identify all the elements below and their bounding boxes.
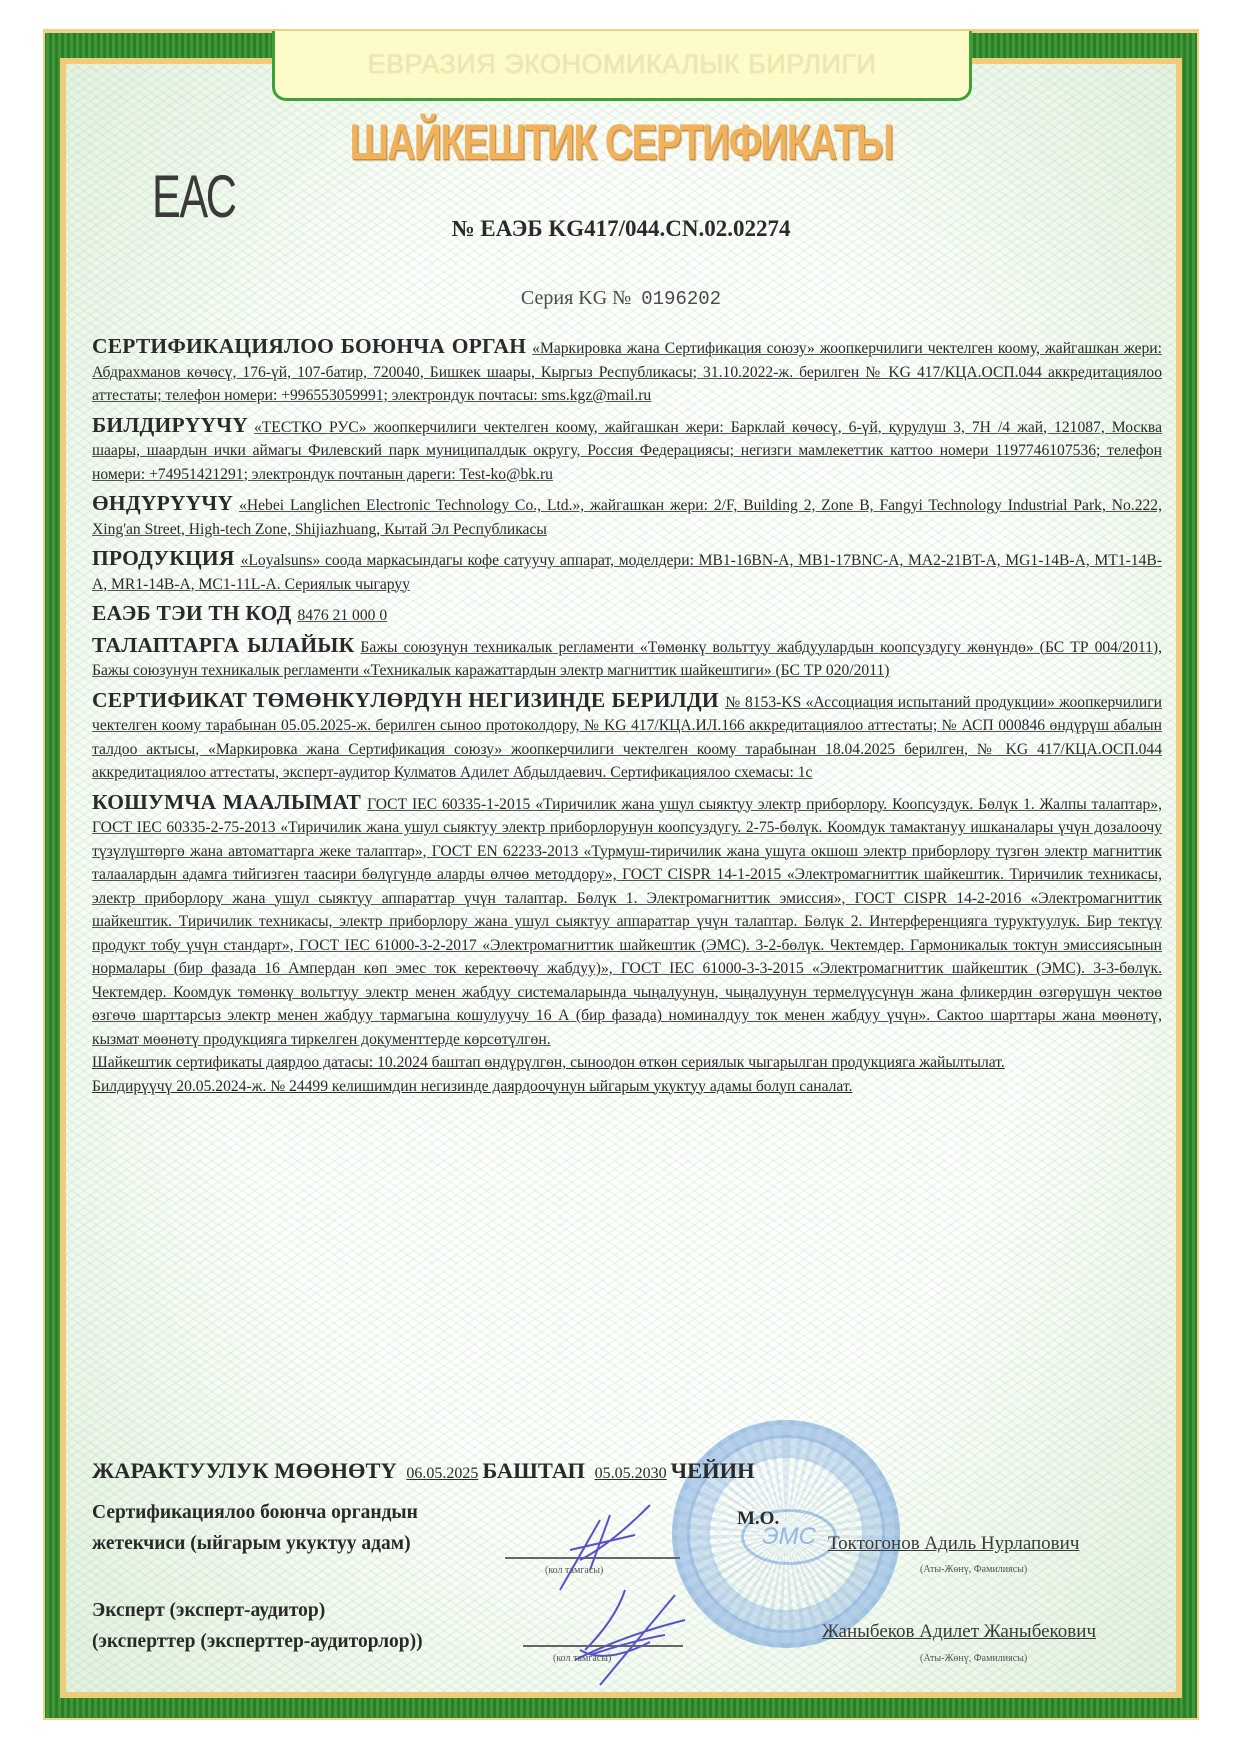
section-applicant: БИЛДИРҮҮЧҮ«ТЕСТКО РУС» жоопкерчилиги чек…: [92, 414, 1162, 487]
note-applicant-authority: Билдирүүчү 20.05.2024-ж. № 24499 келишим…: [92, 1075, 1162, 1099]
section-label: ЕАЭБ ТЭИ ТН КОД: [92, 601, 291, 625]
section-product: ПРОДУКЦИЯ«Loyalsuns» соода маркасындагы …: [92, 547, 1162, 596]
certificate-number: № ЕАЭБ KG417/044.CN.02.02274: [0, 216, 1242, 242]
validity-from-date: 06.05.2025: [406, 1465, 478, 1482]
section-label: ПРОДУКЦИЯ: [92, 546, 235, 570]
head-signatory-name: Токтогонов Адиль Нурлапович: [828, 1533, 1079, 1555]
section-label: ӨНДҮРҮҮЧҮ: [92, 491, 233, 515]
section-label: ТАЛАПТАРГА ЫЛАЙЫК: [92, 633, 354, 657]
union-name: ЕВРАЗИЯ ЭКОНОМИКАЛЫК БИРЛИГИ: [368, 49, 877, 80]
head-name-caption: (Аты-Жөнү, Фамилиясы): [920, 1564, 1027, 1575]
series-line: Серия KG №0196202: [0, 287, 1242, 310]
validity-label: ЖАРАКТУУЛУК МӨӨНӨТҮ: [92, 1458, 397, 1483]
union-name-plate: ЕВРАЗИЯ ЭКОНОМИКАЛЫК БИРЛИГИ: [272, 31, 972, 101]
section-label: СЕРТИФИКАЦИЯЛОО БОЮНЧА ОРГАН: [92, 334, 526, 358]
section-issued-basis: СЕРТИФИКАТ ТӨМӨНКҮЛӨРДҮН НЕГИЗИНДЕ БЕРИЛ…: [92, 689, 1162, 785]
validity-to-date: 05.05.2030: [595, 1465, 667, 1482]
expert-name-caption: (Аты-Жөнү, Фамилиясы): [920, 1653, 1027, 1664]
section-manufacturer: ӨНДҮРҮҮЧҮ«Hebei Langlichen Electronic Te…: [92, 492, 1162, 541]
head-signatory-label: Сертификациялоо боюнча органдын жетекчис…: [92, 1497, 418, 1559]
section-hs-code: ЕАЭБ ТЭИ ТН КОД8476 21 000 0: [92, 602, 1162, 628]
section-label: БИЛДИРҮҮЧҮ: [92, 413, 248, 437]
certificate-title: ШАЙКЕШТИК СЕРТИФИКАТЫ: [137, 113, 1106, 171]
section-value: ГОСТ IEC 60335-1-2015 «Тиричилик жана уш…: [92, 796, 1162, 1048]
section-value: «Loyalsuns» соода маркасындагы кофе сату…: [92, 552, 1162, 593]
section-certification-body: СЕРТИФИКАЦИЯЛОО БОЮНЧА ОРГАН«Маркировка …: [92, 335, 1162, 408]
section-label: КОШУМЧА МААЛЫМАТ: [92, 790, 361, 814]
section-value: «Hebei Langlichen Electronic Technology …: [92, 497, 1162, 538]
expert-signatory-name: Жаныбеков Адилет Жаныбекович: [822, 1621, 1096, 1643]
validity-to-suffix: ЧЕЙИН: [671, 1458, 755, 1483]
section-additional-info: КОШУМЧА МААЛЫМАТГОСТ IEC 60335-1-2015 «Т…: [92, 791, 1162, 1052]
certificate-body: СЕРТИФИКАЦИЯЛОО БОЮНЧА ОРГАН«Маркировка …: [92, 335, 1162, 1098]
series-label: Серия KG №: [521, 287, 631, 309]
expert-signature-icon: [555, 1580, 705, 1690]
validity-from-suffix: БАШТАП: [482, 1458, 585, 1483]
note-scope: Шайкештик сертификаты даярдоо датасы: 10…: [92, 1051, 1162, 1075]
series-number: 0196202: [641, 288, 721, 310]
expert-signature-caption: (кол тамгасы): [553, 1653, 611, 1664]
stamp-place-label: М.О.: [737, 1508, 779, 1530]
section-label: СЕРТИФИКАТ ТӨМӨНКҮЛӨРДҮН НЕГИЗИНДЕ БЕРИЛ…: [92, 688, 719, 712]
validity-period: ЖАРАКТУУЛУК МӨӨНӨТҮ 06.05.2025БАШТАП 05.…: [92, 1458, 755, 1484]
section-requirements: ТАЛАПТАРГА ЫЛАЙЫКБажы союзунун техникалы…: [92, 634, 1162, 683]
section-value: «ТЕСТКО РУС» жоопкерчилиги чектелген коо…: [92, 419, 1162, 483]
head-signature-caption: (кол тамгасы): [545, 1565, 603, 1576]
section-value: 8476 21 000 0: [297, 607, 387, 624]
expert-signatory-label: Эксперт (эксперт-аудитор) (эксперттер (э…: [92, 1595, 423, 1657]
